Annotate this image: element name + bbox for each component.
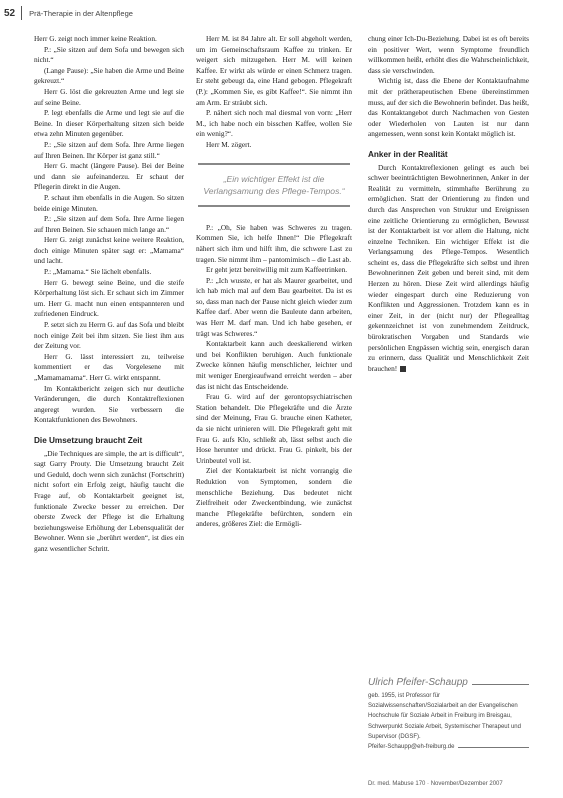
paragraph: Er geht jetzt bereitwillig mit zum Kaffe… bbox=[196, 265, 352, 276]
paragraph: Herr G. zeigt zunächst keine weitere Rea… bbox=[34, 235, 184, 267]
author-email-row: Pfeifer-Schaupp@eh-freiburg.de bbox=[368, 742, 529, 752]
pull-quote-text: „Ein wichtiger Effekt ist die Verlangsam… bbox=[203, 174, 344, 197]
paragraph: Im Kontaktbericht zeigen sich nur deutli… bbox=[34, 384, 184, 426]
paragraph: Herr G. löst die gekreuzten Arme und leg… bbox=[34, 87, 184, 108]
paragraph: Wichtig ist, dass die Ebene der Kontakta… bbox=[368, 76, 529, 140]
author-rule bbox=[472, 684, 529, 685]
page-number: 52 bbox=[4, 8, 21, 19]
paragraph: Herr G. bewegt seine Beine, und die stei… bbox=[34, 278, 184, 320]
paragraph: P.: „Sie sitzen auf dem Sofa und bewegen… bbox=[34, 45, 184, 66]
author-name: Ulrich Pfeifer-Schaupp bbox=[368, 677, 468, 688]
paragraph-text: Durch Kontaktreflexionen gelingt es auch… bbox=[368, 163, 529, 373]
paragraph: Herr M. ist 84 Jahre alt. Er soll abgeho… bbox=[196, 34, 352, 108]
paragraph: Durch Kontaktreflexionen gelingt es auch… bbox=[368, 163, 529, 375]
paragraph: P.: „Sie sitzen auf dem Sofa. Ihre Arme … bbox=[34, 214, 184, 235]
paragraph: Herr G. zeigt noch immer keine Reaktion. bbox=[34, 34, 184, 45]
email-rule bbox=[458, 747, 529, 748]
section-heading: Die Umsetzung braucht Zeit bbox=[34, 436, 184, 447]
paragraph: Ziel der Kontaktarbeit ist nicht vorrang… bbox=[196, 466, 352, 530]
paragraph: Frau G. wird auf der gerontopsychiatrisc… bbox=[196, 392, 352, 466]
paragraph: P.: „Oh, Sie haben was Schweres zu trage… bbox=[196, 223, 352, 265]
paragraph: (Lange Pause): „Sie haben die Arme und B… bbox=[34, 66, 184, 87]
end-of-article-mark-icon bbox=[400, 366, 406, 372]
paragraph: P.: „Mamama.“ Sie lächelt ebenfalls. bbox=[34, 267, 184, 278]
author-box: Ulrich Pfeifer-Schaupp geb. 1955, ist Pr… bbox=[368, 677, 529, 752]
paragraph: Herr G. macht (längere Pause). Bei der B… bbox=[34, 161, 184, 193]
column-3: chung einer Ich-Du-Beziehung. Dabei ist … bbox=[368, 34, 529, 374]
paragraph: P. nähert sich noch mal diesmal von vorn… bbox=[196, 108, 352, 140]
paragraph: P.: „Sie sitzen auf dem Sofa. Ihre Arme … bbox=[34, 140, 184, 161]
paragraph: P. legt ebenfalls die Arme und legt sie … bbox=[34, 108, 184, 140]
section-title: Prä-Therapie in der Altenpflege bbox=[29, 9, 133, 18]
paragraph: chung einer Ich-Du-Beziehung. Dabei ist … bbox=[368, 34, 529, 76]
author-name-row: Ulrich Pfeifer-Schaupp bbox=[368, 677, 529, 688]
paragraph: P. schaut ihm ebenfalls in die Augen. So… bbox=[34, 193, 184, 214]
pull-quote: „Ein wichtiger Effekt ist die Verlangsam… bbox=[198, 163, 350, 207]
paragraph: P.: „Ich wusste, er hat als Maurer gearb… bbox=[196, 276, 352, 340]
author-bio: geb. 1955, ist Professor für Sozialwisse… bbox=[368, 691, 529, 742]
paragraph: Kontaktarbeit kann auch deeskalierend wi… bbox=[196, 339, 352, 392]
footer-citation: Dr. med. Mabuse 170 · November/Dezember … bbox=[368, 781, 529, 787]
paragraph: Herr M. zögert. bbox=[196, 140, 352, 151]
paragraph: „Die Techniques are simple, the art is d… bbox=[34, 449, 184, 555]
column-2: Herr M. ist 84 Jahre alt. Er soll abgeho… bbox=[196, 34, 352, 530]
running-header: 52 Prä-Therapie in der Altenpflege bbox=[4, 6, 133, 20]
author-email[interactable]: Pfeifer-Schaupp@eh-freiburg.de bbox=[368, 742, 454, 752]
paragraph: P. setzt sich zu Herrn G. auf das Sofa u… bbox=[34, 320, 184, 352]
paragraph: Herr G. lässt interessiert zu, teilweise… bbox=[34, 352, 184, 384]
column-1: Herr G. zeigt noch immer keine Reaktion.… bbox=[34, 34, 184, 555]
header-divider bbox=[21, 6, 22, 20]
section-heading: Anker in der Realität bbox=[368, 150, 529, 161]
